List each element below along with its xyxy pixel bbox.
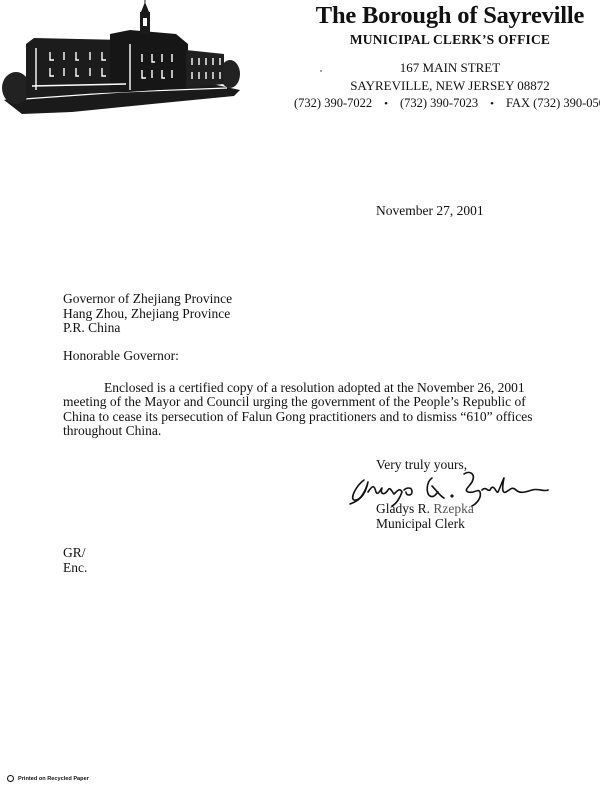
separator-dot: • [490,96,494,112]
body-line: meeting of the Mayor and Council urging … [63,395,543,409]
salutation: Honorable Governor: [63,348,179,364]
city-state-zip: SAYREVILLE, NEW JERSEY 08872 [300,78,600,94]
street-address: 167 MAIN STRET [300,60,600,76]
signer-first-name: Gladys R. [376,501,430,516]
organization-name: The Borough of Sayreville [300,1,600,31]
phone-numbers: (732) 390-7022•(732) 390-7023•FAX (732) … [294,95,600,112]
phone-2: (732) 390-7023 [400,96,478,110]
letter-body: Enclosed is a certified copy of a resolu… [63,381,543,439]
phone-1: (732) 390-7022 [294,96,372,110]
enclosure-note: Enc. [63,560,87,575]
signer-last-name: Rzepka [433,501,473,516]
signer-title: Municipal Clerk [376,516,465,532]
body-line: throughout China. [63,424,543,438]
signer-name: Gladys R. Rzepka [376,501,474,517]
letter-date: November 27, 2001 [376,202,484,220]
recipient-line: P.R. China [63,321,232,336]
reference-block: GR/ Enc. [63,545,87,575]
recipient-address: Governor of Zhejiang Province Hang Zhou,… [63,292,232,336]
fax-number: FAX (732) 390-0509 [506,96,600,110]
recipient-line: Governor of Zhejiang Province [63,292,232,307]
office-name: MUNICIPAL CLERK’S OFFICE [300,32,600,48]
reference-initials: GR/ [63,545,87,560]
recycle-ring-icon [7,775,14,782]
separator-dot: • [384,96,388,112]
town-hall-building-illustration [2,0,240,125]
recipient-line: Hang Zhou, Zhejiang Province [63,307,232,322]
recycled-paper-note: Printed on Recycled Paper [7,775,89,784]
recycled-text: Printed on Recycled Paper [18,776,89,782]
body-line: China to cease its persecution of Falun … [63,410,543,424]
body-line: Enclosed is a certified copy of a resolu… [63,381,543,395]
